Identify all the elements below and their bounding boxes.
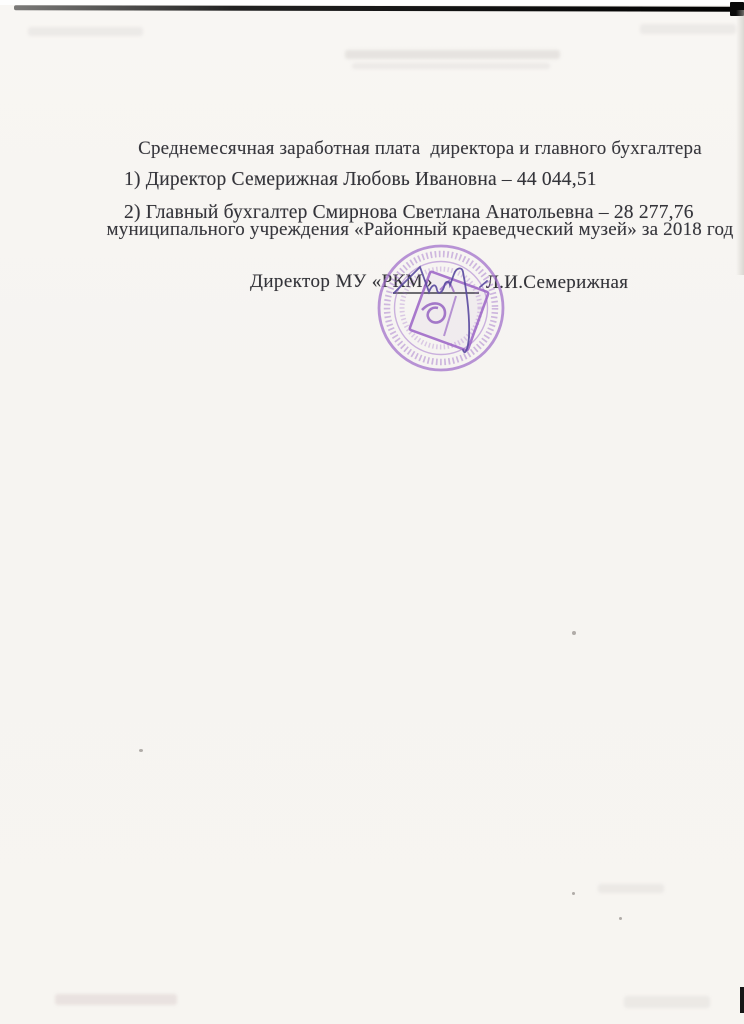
dust-speck — [619, 917, 622, 920]
bleedthrough-top-center-2 — [352, 63, 550, 69]
dust-speck — [572, 892, 575, 895]
bleedthrough-top-left — [28, 27, 143, 36]
title-line-1: Среднемесячная заработная плата директор… — [104, 135, 736, 162]
bleedthrough-top-center — [345, 50, 560, 59]
list-item-accountant: 2) Главный бухгалтер Смирнова Светлана А… — [124, 202, 694, 224]
bleedthrough-bottom-left — [55, 994, 177, 1005]
bleedthrough-top-right — [640, 24, 736, 34]
dust-speck — [139, 749, 143, 752]
scan-top-margin — [0, 0, 744, 5]
bleedthrough-bottom-right — [624, 996, 710, 1008]
dust-speck — [572, 631, 576, 635]
official-stamp — [370, 240, 515, 380]
list-item-director: 1) Директор Семерижная Любовь Ивановна –… — [124, 169, 597, 191]
scan-edge-mark — [740, 987, 744, 1013]
paper-edge-shadow — [736, 10, 744, 275]
bleedthrough-bottom-right-faint — [598, 884, 664, 893]
scan-top-edge-artifact — [14, 5, 744, 12]
scanned-page: Среднемесячная заработная плата директор… — [0, 0, 744, 1024]
